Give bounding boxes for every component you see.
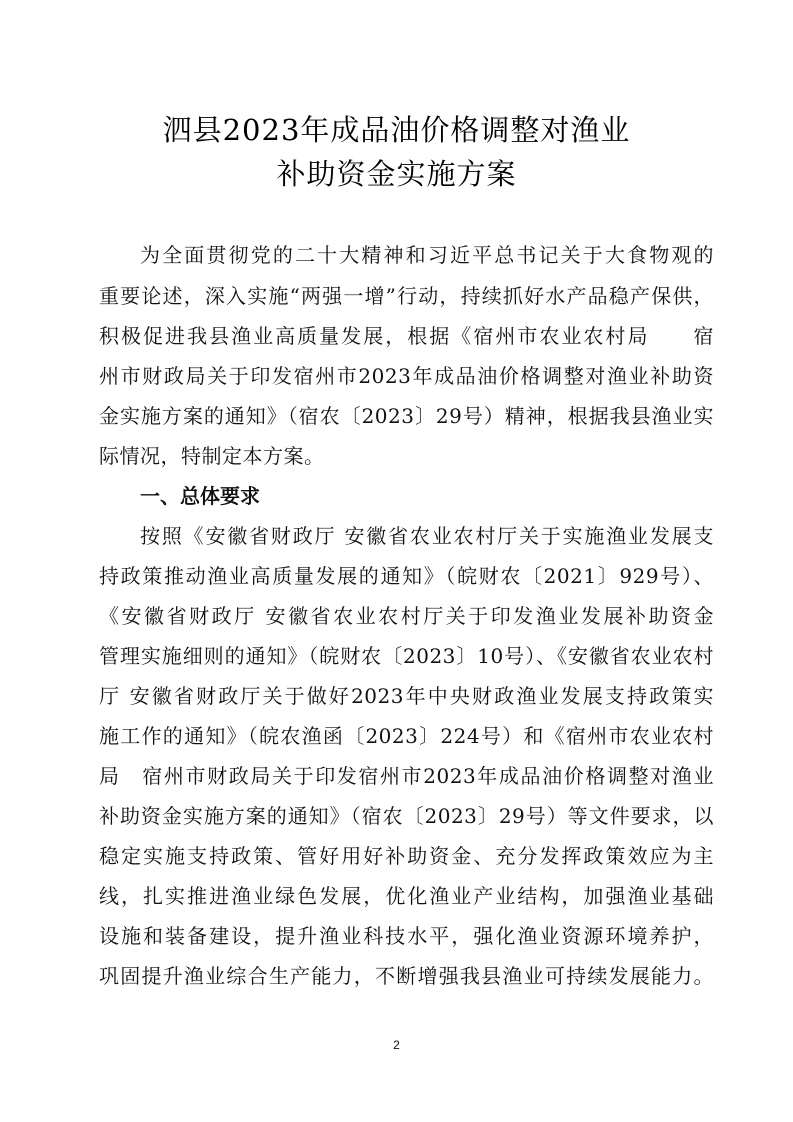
body-line: 巩固提升渔业综合生产能力，不断增强我县渔业可持续发展能力。 bbox=[99, 962, 714, 990]
intro-line: 州市财政局关于印发宿州市2023年成品油价格调整对渔业补助资 bbox=[99, 362, 714, 390]
body-line: 局 宿州市财政局关于印发宿州市2023年成品油价格调整对渔业 bbox=[99, 762, 714, 790]
intro-line: 积极促进我县渔业高质量发展，根据《宿州市农业农村局 宿 bbox=[99, 322, 714, 350]
document-title-line-2: 补助资金实施方案 bbox=[0, 154, 793, 194]
body-line: 按照《安徽省财政厅 安徽省农业农村厅关于实施渔业发展支 bbox=[140, 522, 714, 550]
page-number: 2 bbox=[0, 1038, 793, 1052]
body-line: 《安徽省财政厅 安徽省农业农村厅关于印发渔业发展补助资金 bbox=[99, 602, 714, 630]
body-line: 补助资金实施方案的通知》（宿农〔2023〕29号）等文件要求，以 bbox=[99, 802, 714, 830]
body-line: 持政策推动渔业高质量发展的通知》（皖财农〔2021〕929号）、 bbox=[99, 562, 714, 590]
intro-line: 重要论述，深入实施“两强一增”行动，持续抓好水产品稳产保供， bbox=[99, 282, 714, 310]
body-line: 设施和装备建设，提升渔业科技水平，强化渔业资源环境养护， bbox=[99, 922, 714, 950]
body-line: 稳定实施支持政策、管好用好补助资金、充分发挥政策效应为主 bbox=[99, 842, 714, 870]
intro-line: 为全面贯彻党的二十大精神和习近平总书记关于大食物观的 bbox=[140, 241, 714, 269]
intro-line: 际情况，特制定本方案。 bbox=[99, 442, 714, 470]
body-line: 管理实施细则的通知》（皖财农〔2023〕10号）、《安徽省农业农村 bbox=[99, 642, 714, 670]
intro-line: 金实施方案的通知》（宿农〔2023〕29号）精神，根据我县渔业实 bbox=[99, 402, 714, 430]
body-line: 厅 安徽省财政厅关于做好2023年中央财政渔业发展支持政策实 bbox=[99, 682, 714, 710]
section-heading: 一、总体要求 bbox=[140, 482, 260, 510]
document-title-line-1: 泗县2023年成品油价格调整对渔业 bbox=[0, 110, 793, 150]
body-line: 施工作的通知》（皖农渔函〔2023〕224号）和《宿州市农业农村 bbox=[99, 722, 714, 750]
body-line: 线，扎实推进渔业绿色发展，优化渔业产业结构，加强渔业基础 bbox=[99, 882, 714, 910]
